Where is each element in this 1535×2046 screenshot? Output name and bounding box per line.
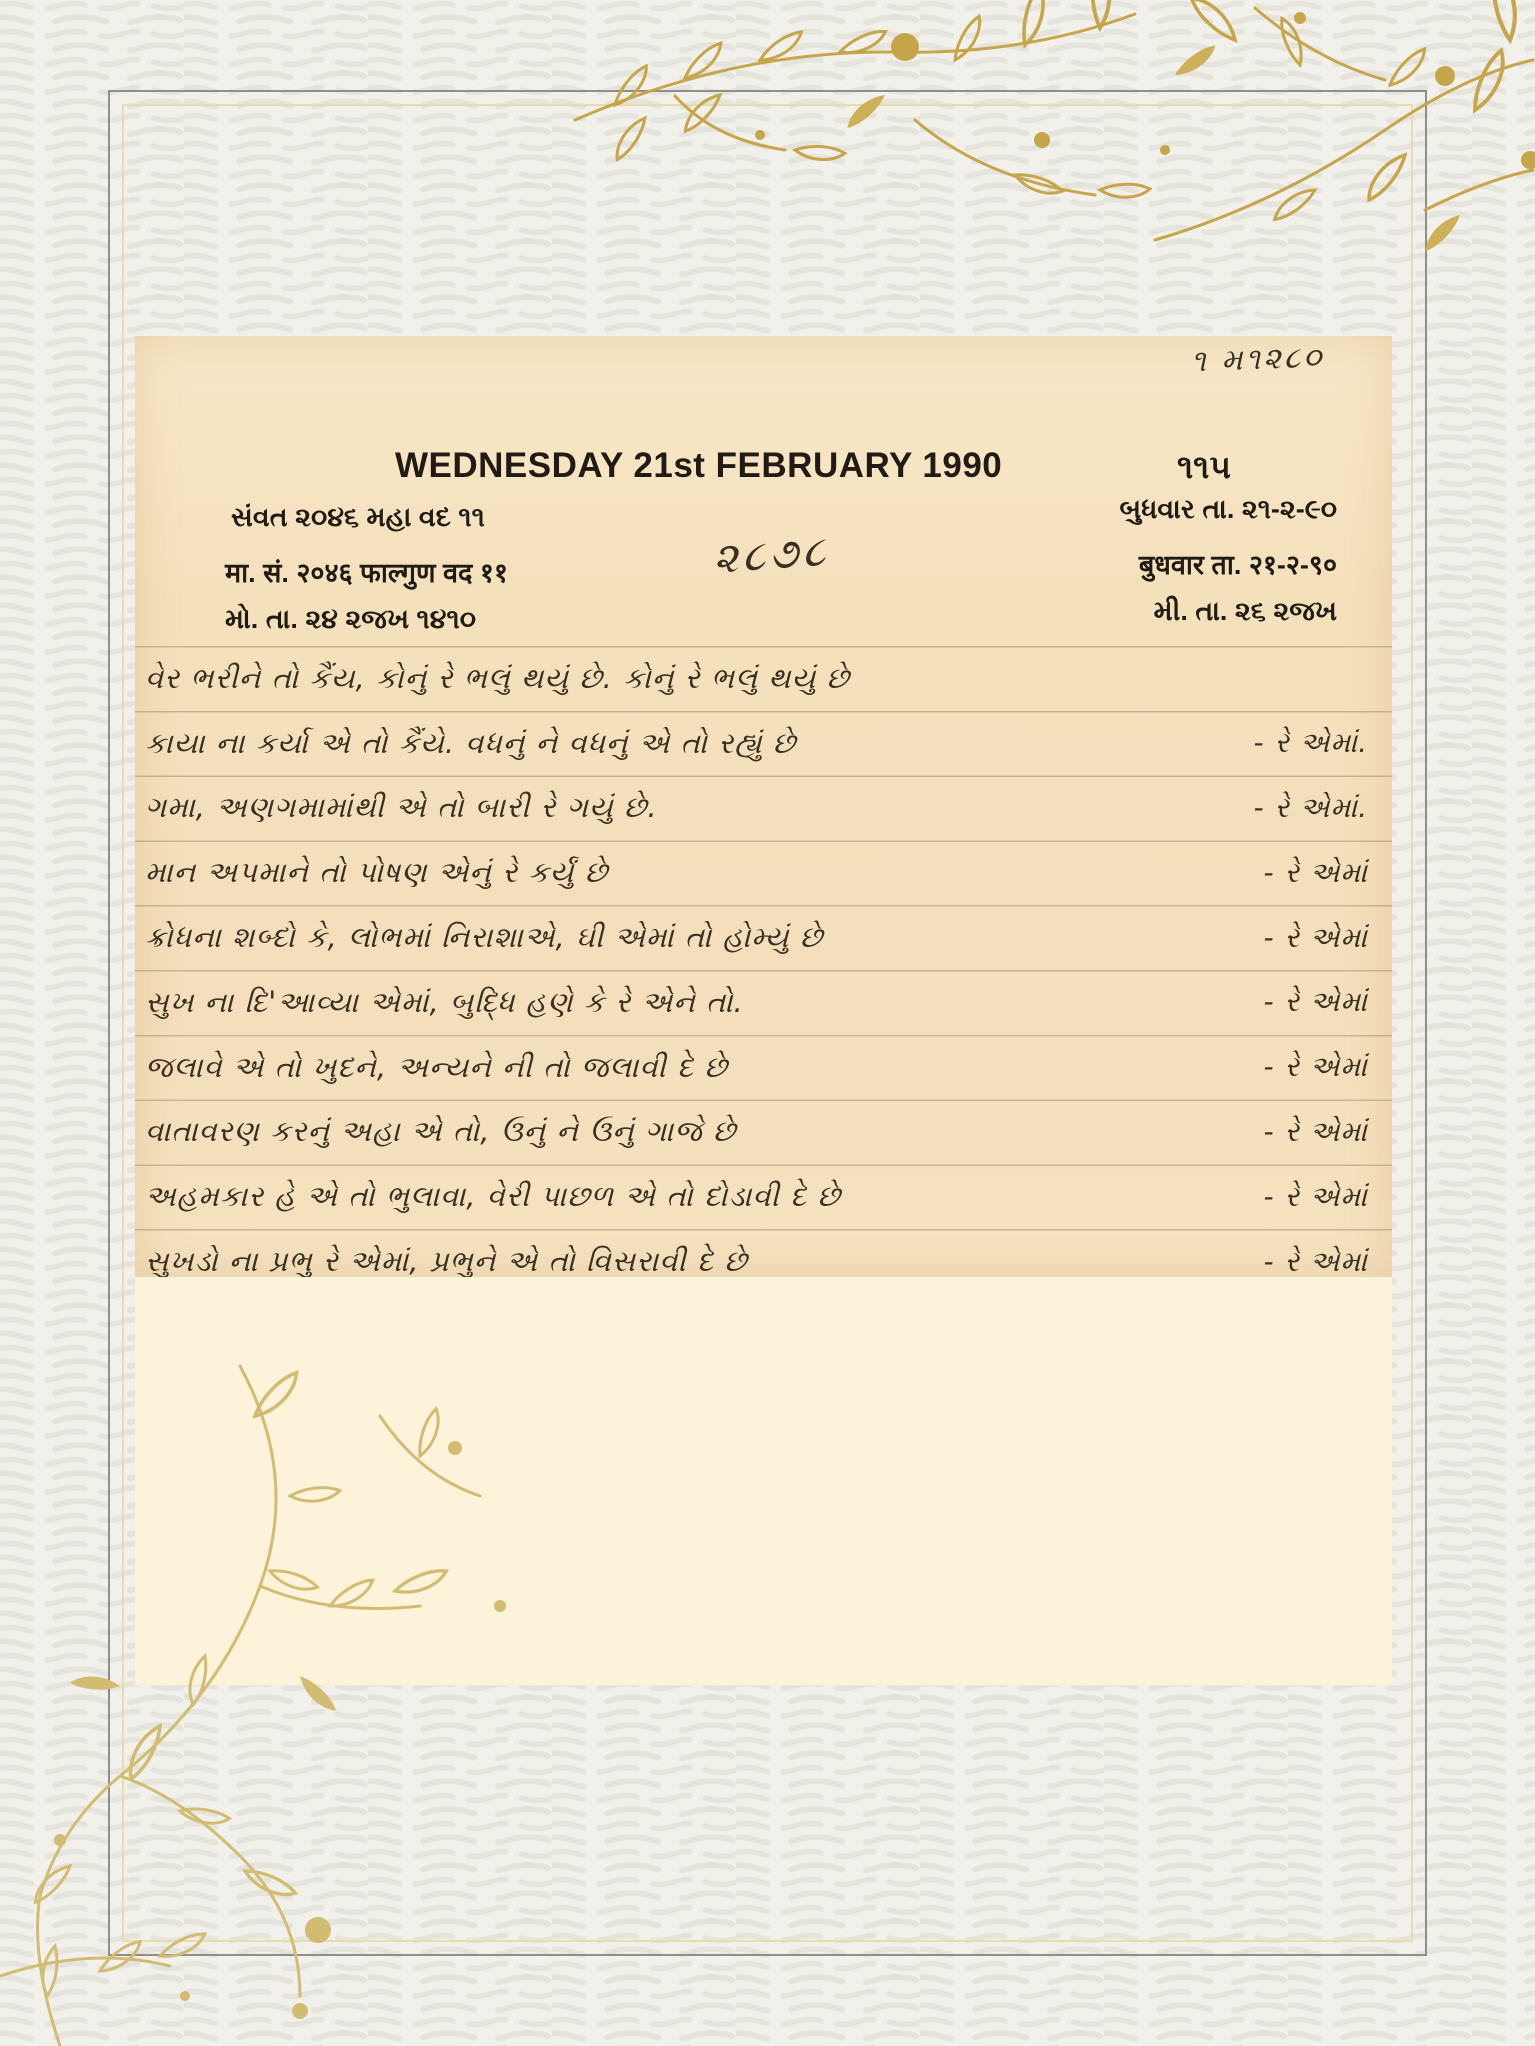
branch-stems bbox=[0, 1366, 480, 2046]
entry-line-text: વેર ભરીને તો કૈંય, કોનું રે ભલું થયું છે… bbox=[145, 661, 850, 696]
entry-line-refrain: - રે એમાં bbox=[1249, 985, 1368, 1019]
leaf-cluster-outline bbox=[607, 0, 1519, 220]
calendar-right-gujarati-date-line: બુધવાર તા. ૨૧-૨-૯૦ bbox=[1120, 494, 1337, 526]
entry-line-text: સુખ ના દિ'આવ્યા એમાં, બુદ્ધિ હણે કે રે એ… bbox=[145, 985, 744, 1020]
entry-line-text: કાયા ના કર્યા એ તો કૈંયે. વધનું ને વધનું… bbox=[145, 726, 796, 761]
calendar-left-muslim-date-line: મો. તા. ૨૪ ૨જખ ૧૪૧૦ bbox=[225, 604, 476, 636]
entry-line-text: સુખડો ના પ્રભુ રે એમાં, પ્રભુને એ તો વિસ… bbox=[145, 1244, 748, 1279]
calendar-left-samvat-line: સંવત ૨૦૪૬ મહા વદ ૧૧ bbox=[231, 502, 485, 534]
calendar-left-hindi-line: मा. सं. २०४६ फाल्गुण वद ११ bbox=[225, 553, 508, 590]
entry-line-text: અહમકાર હે એ તો ભુલાવા, વેરી પાછળ એ તો દો… bbox=[145, 1179, 841, 1214]
entry-line: વેર ભરીને તો કૈંય, કોનું રે ભલું થયું છે… bbox=[135, 646, 1392, 711]
entry-line: કાયા ના કર્યા એ તો કૈંયે. વધનું ને વધનું… bbox=[135, 711, 1392, 776]
entry-line: ક્રોધના શબ્દો કે, લોભમાં નિરાશાએ, ઘી એમા… bbox=[135, 905, 1392, 970]
entry-line: માન અપમાને તો પોષણ એનું રે કર્યું છે - ર… bbox=[135, 840, 1392, 905]
entry-line-refrain: - રે એમાં bbox=[1249, 1245, 1368, 1279]
entry-line: વાતાવરણ કરનું અહા એ તો, ઉનું ને ઉનું ગાજ… bbox=[135, 1100, 1392, 1165]
entry-line-refrain: - રે એમાં. bbox=[1240, 791, 1368, 825]
diary-page-scan: ૧ મ૧૨૮૦ WEDNESDAY 21st FEBRUARY 1990 ૧૧૫… bbox=[135, 336, 1392, 1277]
entry-line-text: જલાવે એ તો ખુદને, અન્યને ની તો જલાવી દે … bbox=[145, 1050, 728, 1085]
entry-line: સુખ ના દિ'આવ્યા એમાં, બુદ્ધિ હણે કે રે એ… bbox=[135, 970, 1392, 1035]
entry-line: જલાવે એ તો ખુદને, અન્યને ની તો જલાવી દે … bbox=[135, 1035, 1392, 1100]
diary-date-title: WEDNESDAY 21st FEBRUARY 1990 bbox=[395, 446, 1002, 486]
handwritten-entry-area: વેર ભરીને તો કૈંય, કોનું રે ભલું થયું છે… bbox=[135, 646, 1392, 1296]
handwritten-center-number: ૨૮૭૮ bbox=[711, 526, 830, 584]
calendar-right-hindi-date-line: बुधवार ता. २१-२-९० bbox=[1139, 545, 1337, 582]
gold-branch-decoration-top-right bbox=[555, 0, 1535, 270]
entry-line-refrain: - રે એમાં bbox=[1249, 1050, 1368, 1084]
diary-page-number: ૧૧૫ bbox=[1177, 448, 1231, 487]
entry-line: અહમકાર હે એ તો ભુલાવા, વેરી પાછળ એ તો દો… bbox=[135, 1164, 1392, 1229]
entry-line-text: માન અપમાને તો પોષણ એનું રે કર્યું છે bbox=[145, 855, 608, 890]
entry-line-text: ક્રોધના શબ્દો કે, લોભમાં નિરાશાએ, ઘી એમા… bbox=[145, 920, 823, 955]
handwritten-corner-number: ૧ મ૧૨૮૦ bbox=[1190, 340, 1324, 380]
entry-line: ગમા, અણગમામાંથી એ તો બારી રે ગયું છે. - … bbox=[135, 776, 1392, 841]
entry-line-refrain: - રે એમાં bbox=[1249, 1180, 1368, 1214]
calendar-right-muslim-date-line: મી. તા. ૨૬ ૨જખ bbox=[1154, 596, 1337, 628]
berries bbox=[755, 12, 1535, 169]
entry-line-text: ગમા, અણગમામાંથી એ તો બારી રે ગયું છે. bbox=[145, 790, 658, 825]
entry-line-refrain: - રે એમાં bbox=[1249, 856, 1368, 890]
entry-line-refrain: - રે એમાં bbox=[1249, 1115, 1368, 1149]
gold-branch-decoration-bottom-left bbox=[0, 1356, 560, 2046]
entry-line-refrain: - રે એમાં bbox=[1249, 921, 1368, 955]
entry-line-text: વાતાવરણ કરનું અહા એ તો, ઉનું ને ઉનું ગાજ… bbox=[145, 1114, 736, 1149]
entry-line-refrain: - રે એમાં. bbox=[1240, 726, 1368, 760]
decorated-diary-page: ૧ મ૧૨૮૦ WEDNESDAY 21st FEBRUARY 1990 ૧૧૫… bbox=[0, 0, 1535, 2046]
berries bbox=[54, 1441, 506, 2019]
